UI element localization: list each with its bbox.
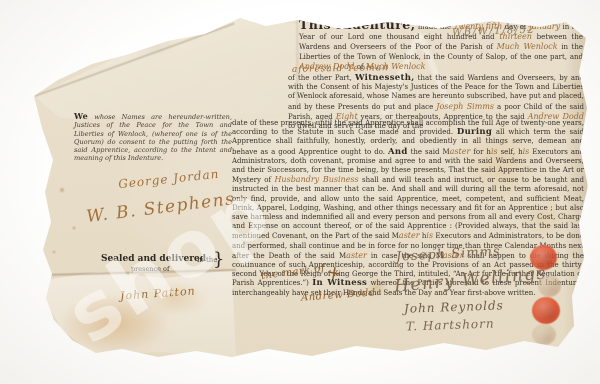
justice-signature-2: W. B. Stephens	[85, 189, 236, 227]
faded-seal	[532, 324, 556, 345]
indenture-document: WB/W/1/8/52 This Indenture, made the Twe…	[0, 0, 600, 384]
presence-of-label: presence of	[131, 265, 169, 273]
sealed-and-delivered-label: Sealed and delivered	[101, 254, 206, 264]
wax-seal	[530, 245, 557, 270]
justice-signature-1: George Jordan	[118, 167, 221, 192]
torn-fold-bottom-left	[40, 268, 240, 360]
justices-consent-note: We whose Names are hereunder-written, Ju…	[74, 112, 232, 163]
party-signature-3: John Reynolds	[404, 298, 504, 315]
brace-glyph: }	[213, 249, 224, 270]
photo-backdrop: WB/W/1/8/52 This Indenture, made the Twe…	[0, 0, 600, 384]
torn-corner-top-left	[30, 14, 305, 119]
wax-seal	[532, 297, 560, 324]
faded-seal	[538, 275, 561, 297]
party-signature-4: T. Hartshorn	[406, 316, 495, 333]
